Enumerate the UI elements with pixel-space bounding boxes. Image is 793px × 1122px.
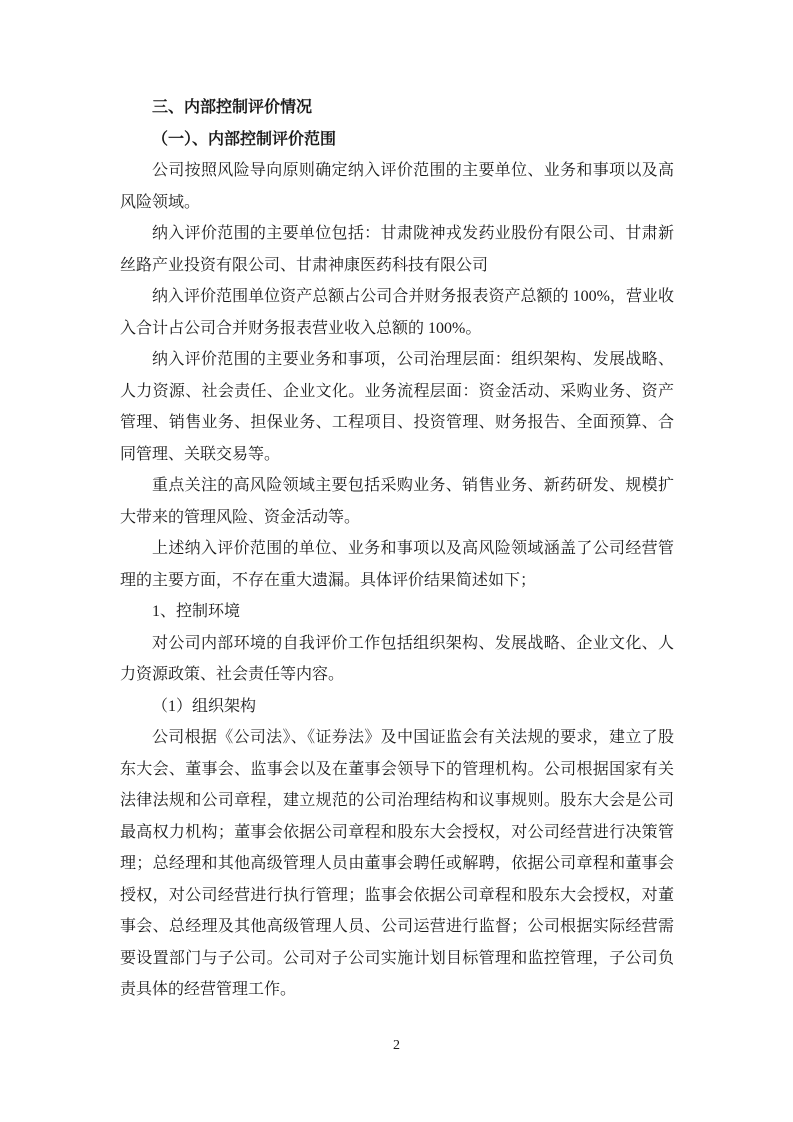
document-page: 三、内部控制评价情况 （一）、内部控制评价范围 公司按照风险导向原则确定纳入评价… — [0, 0, 793, 1122]
subheading-control-environment: 1、控制环境 — [120, 596, 674, 628]
section-heading: 三、内部控制评价情况 — [120, 92, 674, 124]
page-number: 2 — [0, 1037, 793, 1055]
paragraph-business-matters: 纳入评价范围的主要业务和事项，公司治理层面：组织架构、发展战略、人力资源、社会责… — [120, 344, 674, 470]
paragraph-scope-intro: 公司按照风险导向原则确定纳入评价范围的主要单位、业务和事项以及高风险领域。 — [120, 155, 674, 218]
subheading-org-structure: （1）组织架构 — [120, 691, 674, 723]
paragraph-internal-environment: 对公司内部环境的自我评价工作包括组织架构、发展战略、企业文化、人力资源政策、社会… — [120, 628, 674, 691]
paragraph-governance-detail: 公司根据《公司法》、《证券法》及中国证监会有关法规的要求，建立了股东大会、董事会… — [120, 722, 674, 1006]
paragraph-units-included: 纳入评价范围的主要单位包括：甘肃陇神戎发药业股份有限公司、甘肃新丝路产业投资有限… — [120, 218, 674, 281]
paragraph-asset-coverage: 纳入评价范围单位资产总额占公司合并财务报表资产总额的 100%，营业收入合计占公… — [120, 281, 674, 344]
paragraph-coverage-summary: 上述纳入评价范围的单位、业务和事项以及高风险领域涵盖了公司经营管理的主要方面，不… — [120, 533, 674, 596]
document-body: 三、内部控制评价情况 （一）、内部控制评价范围 公司按照风险导向原则确定纳入评价… — [120, 92, 674, 1006]
paragraph-high-risk-areas: 重点关注的高风险领域主要包括采购业务、销售业务、新药研发、规模扩大带来的管理风险… — [120, 470, 674, 533]
subsection-heading: （一）、内部控制评价范围 — [120, 124, 674, 156]
